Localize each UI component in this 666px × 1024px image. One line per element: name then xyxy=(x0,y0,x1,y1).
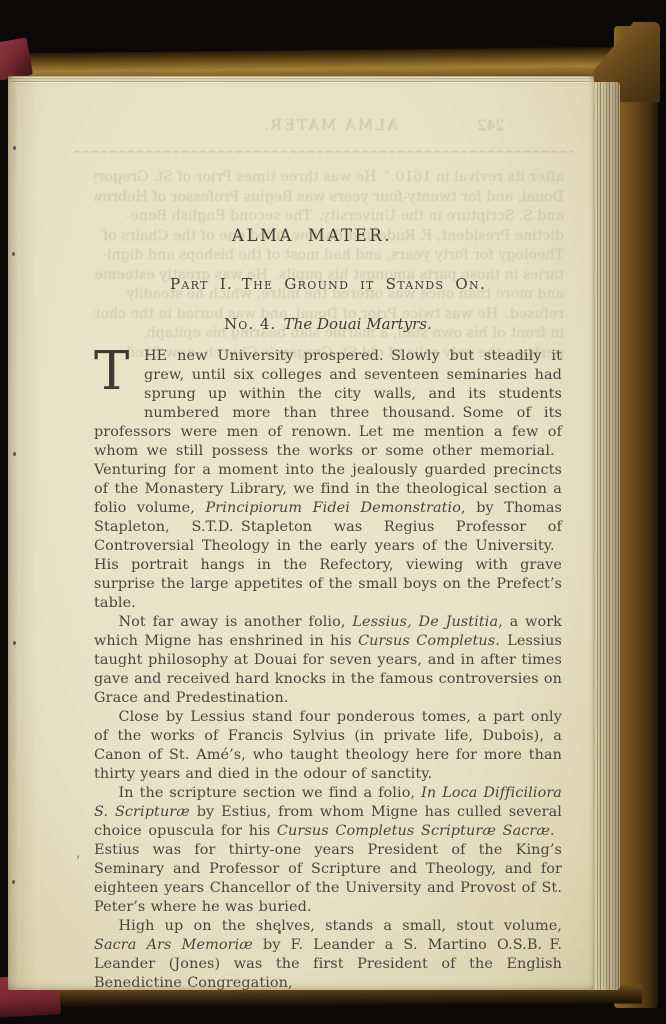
part-heading: Part I. The Ground it Stands On. xyxy=(94,275,562,293)
section-number: No. 4. xyxy=(224,315,276,333)
sewing-mark xyxy=(13,452,16,456)
gutter-shadow xyxy=(8,76,38,990)
book-page: ALMA MATER. 242 after its revival in 161… xyxy=(8,76,594,990)
ghost-running-header: ALMA MATER. xyxy=(230,116,430,134)
paragraph-5: High up on the shelves, stands a small, … xyxy=(94,917,562,993)
drop-cap: T xyxy=(94,349,136,406)
book-photograph: ALMA MATER. 242 after its revival in 161… xyxy=(0,0,666,1024)
chapter-title: ALMA MATER. xyxy=(78,226,546,245)
paragraph-1: THE new University prospered. Slowly but… xyxy=(94,347,562,613)
ghost-header-rule xyxy=(74,151,574,152)
section-heading: No. 4. The Douai Martyrs. xyxy=(94,315,562,333)
ink-mark: ’ xyxy=(76,852,80,871)
paragraph-text: HE new University prospered. Slowly but … xyxy=(94,348,562,611)
sewing-mark xyxy=(13,146,16,150)
body-text: ’ THE new University prospered. Slowly b… xyxy=(94,347,562,993)
ghost-text-line: after its revival in 1610.” He was three… xyxy=(94,168,564,188)
paragraph-3: Close by Lessius stand four ponderous to… xyxy=(94,708,562,784)
sewing-mark xyxy=(12,880,15,884)
paragraph-2: Not far away is another folio, Lessius, … xyxy=(94,613,562,708)
book-board-corner xyxy=(0,37,33,80)
book-cover-right-edge xyxy=(614,26,658,1008)
ghost-text-line: Theology for forty years, and had most o… xyxy=(94,246,564,266)
ghost-text-line: and S. Scripture in the University. The … xyxy=(94,207,564,227)
page-stack-right-edge xyxy=(592,82,620,990)
page-stack-top-edge xyxy=(12,77,590,83)
sewing-mark xyxy=(13,641,16,645)
ghost-text-block: after its revival in 1610.” He was three… xyxy=(94,168,564,363)
ghost-text-line: Douai, and for twenty-four years was Reg… xyxy=(94,188,564,208)
ghost-page-number: 242 xyxy=(464,118,504,134)
section-title: The Douai Martyrs. xyxy=(284,315,432,333)
paragraph-4: In the scripture section we find a folio… xyxy=(94,784,562,917)
sewing-mark xyxy=(12,252,15,256)
